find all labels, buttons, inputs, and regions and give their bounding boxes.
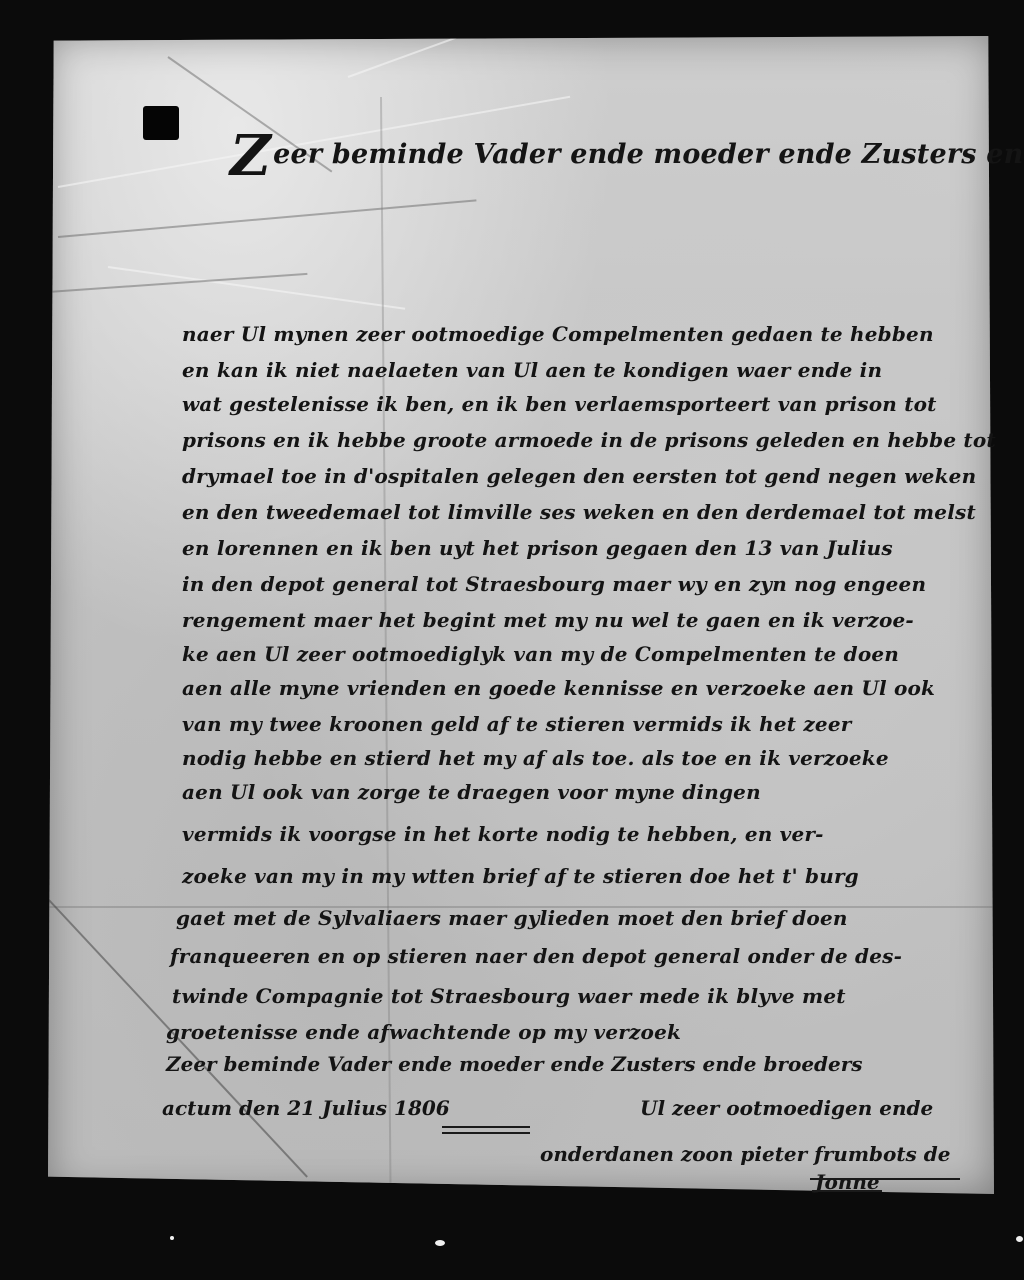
dust-speck bbox=[170, 1236, 174, 1240]
body-line: groetenisse ende afwachtende op my verzo… bbox=[166, 1020, 966, 1044]
body-line: drymael toe in d'ospitalen gelegen den e… bbox=[182, 464, 982, 488]
body-line: nodig hebbe en stierd het my af als toe.… bbox=[182, 746, 982, 770]
body-line: gaet met de Sylvaliaers maer gylieden mo… bbox=[176, 906, 976, 930]
closing-salutation: Zeer beminde Vader ende moeder ende Zust… bbox=[166, 1052, 863, 1076]
body-line: en lorennen en ik ben uyt het prison geg… bbox=[182, 536, 982, 560]
dust-speck bbox=[1016, 1236, 1023, 1242]
body-line: prisons en ik hebbe groote armoede in de… bbox=[182, 428, 982, 452]
signature-underline bbox=[812, 1190, 882, 1192]
salutation-initial: Z bbox=[230, 123, 271, 189]
signoff-line-2: onderdanen zoon pieter frumbots de bbox=[540, 1142, 951, 1166]
body-line: vermids ik voorgse in het korte nodig te… bbox=[182, 822, 982, 846]
body-line: en kan ik niet naelaeten van Ul aen te k… bbox=[182, 358, 982, 382]
body-line: twinde Compagnie tot Straesbourg waer me… bbox=[172, 984, 972, 1008]
letter-content: Zeer beminde Vader ende moeder ende Zust… bbox=[0, 0, 1024, 1280]
date-prefix: actum den 21 Julius bbox=[162, 1096, 387, 1120]
signoff-line-1: Ul zeer ootmoedigen ende bbox=[640, 1096, 933, 1120]
date-underline bbox=[442, 1132, 530, 1134]
body-line: ke aen Ul zeer ootmoediglyk van my de Co… bbox=[182, 642, 982, 666]
date-underline bbox=[442, 1126, 530, 1128]
body-line: franqueeren en op stieren naer den depot… bbox=[170, 944, 970, 968]
dust-speck bbox=[435, 1240, 445, 1246]
body-line: wat gestelenisse ik ben, en ik ben verla… bbox=[182, 392, 982, 416]
body-line: aen Ul ook van zorge te draegen voor myn… bbox=[182, 780, 982, 804]
body-line: in den depot general tot Straesbourg mae… bbox=[182, 572, 982, 596]
signature-flourish bbox=[810, 1178, 960, 1180]
body-line: aen alle myne vrienden en goede kennisse… bbox=[182, 676, 982, 700]
date-year: 1806 bbox=[394, 1096, 450, 1120]
salutation: Zeer beminde Vader ende moeder ende Zust… bbox=[230, 128, 1024, 184]
body-line: zoeke van my in my wtten brief af te sti… bbox=[182, 864, 982, 888]
salutation-text: eer beminde Vader ende moeder ende Zuste… bbox=[273, 139, 1024, 170]
body-line: naer Ul mynen zeer ootmoedige Compelment… bbox=[182, 322, 982, 346]
body-line: van my twee kroonen geld af te stieren v… bbox=[182, 712, 982, 736]
scanned-letter: Zeer beminde Vader ende moeder ende Zust… bbox=[0, 0, 1024, 1280]
body-line: rengement maer het begint met my nu wel … bbox=[182, 608, 982, 632]
date-line: actum den 21 Julius 1806 bbox=[162, 1096, 450, 1120]
body-line: en den tweedemael tot limville ses weken… bbox=[182, 500, 982, 524]
